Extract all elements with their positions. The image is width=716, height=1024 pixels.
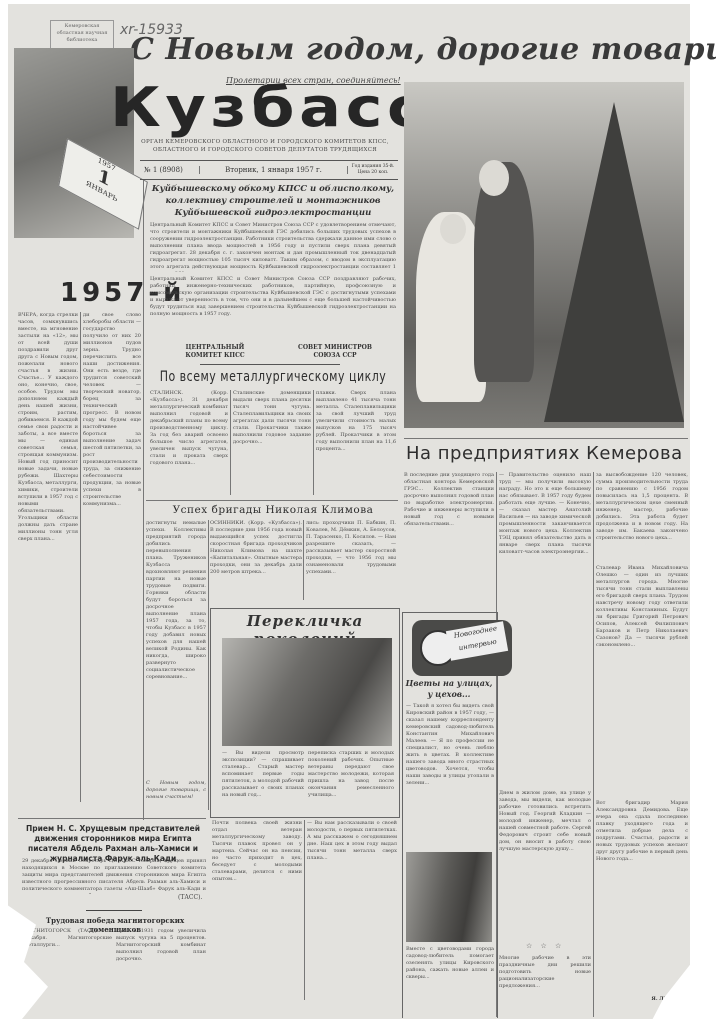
gardener-photo [406,852,492,942]
edition-price: Год издания 35-й. Цена 20 коп. [348,164,398,176]
kemerovo-col3-cont: Сталевар Ивана Михайловича Олешко — один… [596,565,688,795]
kemerovo-col1: В последние дни уходящего года областная… [404,472,494,602]
article-1957-col2: ди свое слово хлеборобы области — госуда… [83,312,141,802]
new-year-interview-continuation: Вместе с цветоводами города садовод-люби… [406,946,494,1006]
newspaper-masthead: Кузбасс [110,80,428,136]
kemerovo-col3-end: Вот бригадир Мария Александровна Демидов… [596,800,688,950]
generations-photo [222,638,392,746]
new-year-interview-body: — Такой я хотел бы видеть свой Кировский… [406,703,494,828]
metallurgy-col2: Сталинские доменщики выдали сверх плана … [233,390,311,495]
kemerovo-col2-end: Многие рабочие в эти праздничные дни реш… [499,955,591,1010]
issue-info-bar: № 1 (8908) Вторник, 1 января 1957 г. Год… [140,160,398,180]
kemerovo-col2-cont: Днем в жилом доме, на улице у завода, мы… [499,790,591,940]
page-margin [690,0,716,1024]
generations-continuation-2: — Вы нам рассказывали о своей молодости,… [307,820,397,1000]
generations-lead: — Вы видели просмотр экспозиции? — спраш… [222,750,304,770]
new-year-greeting-headline: С Новым годом, дорогие товарищи! [130,32,716,67]
metallurgy-title: По всему металлургическому циклу [150,368,396,385]
klimov-col1: ОСИННИКИ. (Корр. «Кузбасса»). В последни… [210,520,302,600]
man-figure [474,162,534,382]
kemerovo-lead: В последние дни уходящего года областная… [404,472,494,492]
signature-council-of-ministers: СОВЕТ МИНИСТРОВ СОЮЗА ССР [290,344,380,360]
kemerovo-enterprises-title: На предприятиях Кемерова [404,443,690,464]
section-divider-stars: ☆ ☆ ☆ [526,942,564,950]
new-year-interview-badge: Новогоднее интервью [412,620,512,676]
metallurgy-col1: СТАЛИНСК. (Корр. «Кузбасса»). 31 декабря… [150,390,228,495]
metallurgy-dateline: СТАЛИНСК. (Корр. «Кузбасса»). 31 декабря… [150,390,228,431]
new-year-interview-lead: — Такой я хотел бы видеть свой Кировский… [406,703,494,744]
article-1957-col1: ВЧЕРА, когда стрелки часов, сомкнувшись … [18,312,78,802]
issue-date: Вторник, 1 января 1957 г. [199,166,348,174]
interview-badge-label: Новогоднее интервью [446,621,508,661]
generations-continuation-1: Почти полвека своей жизни отдал ветеран … [212,820,302,1000]
magnitogorsk-col1: МАГНИТОГОРСК (ТАСС). 31 декабря. Магнито… [24,928,112,968]
woman-face [440,214,466,244]
kuibyshev-greeting-body2: Центральный Комитет КПСС и Совет Министр… [150,276,396,326]
generations-col1: — Вы видели просмотр экспозиции? — спраш… [222,750,304,812]
klimov-dateline: ОСИННИКИ. (Корр. «Кузбасса»). В последни… [210,520,302,561]
magnitogorsk-col2: ками с 1931 годом увеличила выпуск чугун… [116,928,206,968]
kuibyshev-greeting-body: Центральный Комитет КПСС и Совет Министр… [150,222,396,272]
generations-col2: переписка старших и молодых поколений ра… [308,750,394,812]
new-year-interview-title: Цветы на улицах, у цехов... [404,678,494,700]
kuibyshev-greeting-title: Куйбышевскому обкому КПСС и облисполкому… [148,183,398,219]
publisher-line-2: ОБЛАСТНОГО И ГОРОДСКОГО СОВЕТОВ ДЕПУТАТО… [140,146,390,154]
kemerovo-col2: — Правительство оценило наш труд — мы по… [499,472,591,782]
closing-wish: С Новым годом, дорогие товарищи, с новым… [146,780,206,804]
klimov-col2: лись: проходчики П. Бабкин, П. Ковалев, … [306,520,396,600]
price: Цена 20 коп. [348,170,398,176]
klimov-brigade-title: Успех бригады Николая Климова [150,504,396,516]
article-1957-lead: ВЧЕРА, когда стрелки часов, сомкнувшись … [18,312,78,395]
publisher-line-1: ОРГАН КЕМЕРОВСКОГО ОБЛАСТНОГО И ГОРОДСКО… [140,138,390,146]
christmas-tree-icon [544,102,684,422]
man-face [479,160,509,196]
publisher-line: ОРГАН КЕМЕРОВСКОГО ОБЛАСТНОГО И ГОРОДСКО… [140,138,390,154]
issue-number: № 1 (8908) [140,166,199,174]
new-year-celebration-illustration [404,82,684,428]
signature-central-committee: ЦЕНТРАЛЬНЫЙ КОМИТЕТ КПСС [170,344,260,360]
metallurgy-col3: плавки. Сверх плана выплавлено 41 тысяча… [316,390,396,495]
tass-source: (ТАСС). [178,894,202,901]
khrushchev-reception-body: 29 декабря Первый Секретарь ЦК КПСС това… [22,858,206,894]
center-left-column: достигнуты немалые успехи. Коллективы пр… [146,520,206,810]
